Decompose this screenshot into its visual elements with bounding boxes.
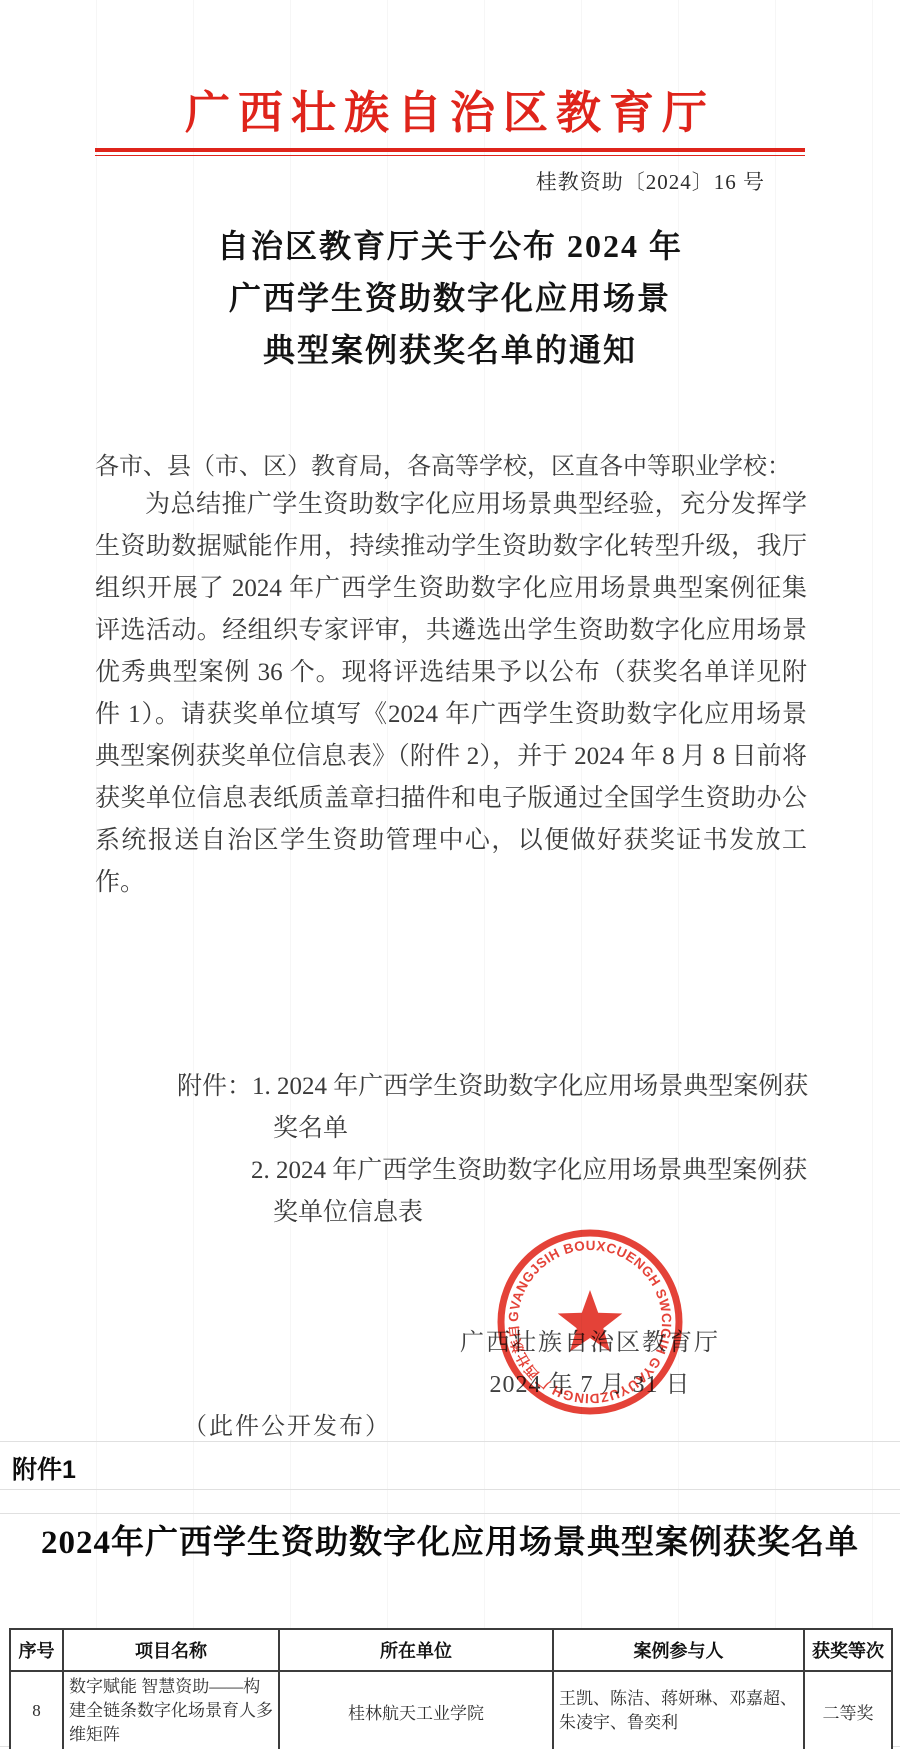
salutation: 各市、县（市、区）教育局，各高等学校，区直各中等职业学校：: [95, 446, 807, 481]
letterhead-rule-thin: [95, 155, 805, 156]
attachment-item-1: 1. 2024 年广西学生资助数字化应用场景典型案例获: [252, 1073, 808, 1100]
attachment-item-2: 2. 2024 年广西学生资助数字化应用场景典型案例获: [251, 1150, 797, 1192]
attachments-block: 附件：1. 2024 年广西学生资助数字化应用场景典型案例获 奖名单 2. 20…: [177, 1066, 797, 1234]
table-row: 8 数字赋能 智慧资助——构建全链条数字化场景育人多维矩阵 桂林航天工业学院 王…: [10, 1671, 892, 1749]
document-page: 广西壮族自治区教育厅 桂教资助〔2024〕16 号 自治区教育厅关于公布 202…: [0, 0, 900, 1749]
body-paragraph: 为总结推广学生资助数字化应用场景典型经验，充分发挥学生资助数据赋能作用，持续推动…: [95, 484, 807, 904]
letterhead-rule-thick: [95, 148, 805, 152]
gridline-horizontal: [0, 1513, 900, 1514]
awards-table: 序号 项目名称 所在单位 案例参与人 获奖等次 8 数字赋能 智慧资助——构建全…: [9, 1628, 893, 1749]
column-header-unit: 所在单位: [279, 1629, 553, 1671]
column-header-no: 序号: [10, 1629, 63, 1671]
cell-unit: 桂林航天工业学院: [279, 1671, 553, 1749]
public-release-note: （此件公开发布）: [183, 1406, 391, 1441]
column-header-project: 项目名称: [63, 1629, 279, 1671]
letterhead-org-title: 广西壮族自治区教育厅: [0, 76, 900, 141]
attachment-item-1-continued: 奖名单: [273, 1108, 797, 1150]
column-header-participants: 案例参与人: [553, 1629, 804, 1671]
official-stamp: GVANGJSIH BOUXCUENGH SWCIGIH GYAUYUZDING…: [492, 1224, 688, 1420]
notice-title-line-1: 自治区教育厅关于公布 2024 年: [0, 220, 900, 272]
notice-title: 自治区教育厅关于公布 2024 年 广西学生资助数字化应用场景 典型案例获奖名单…: [0, 220, 900, 376]
cell-project: 数字赋能 智慧资助——构建全链条数字化场景育人多维矩阵: [63, 1671, 279, 1749]
doc-number: 桂教资助〔2024〕16 号: [536, 166, 765, 196]
notice-title-line-2: 广西学生资助数字化应用场景: [0, 272, 900, 324]
cell-award: 二等奖: [804, 1671, 892, 1749]
column-header-award: 获奖等次: [804, 1629, 892, 1671]
appendix-label: 附件1: [12, 1450, 76, 1486]
cell-participants: 王凯、陈洁、蒋妍琳、邓嘉超、朱凌宇、鲁奕利: [553, 1671, 804, 1749]
gridline-horizontal: [0, 1441, 900, 1442]
table-header-row: 序号 项目名称 所在单位 案例参与人 获奖等次: [10, 1629, 892, 1671]
gridline-horizontal: [0, 1489, 900, 1490]
notice-title-line-3: 典型案例获奖名单的通知: [0, 324, 900, 376]
appendix-table-title: 2024年广西学生资助数字化应用场景典型案例获奖名单: [0, 1516, 900, 1563]
cell-no: 8: [10, 1671, 63, 1749]
attachments-label: 附件：: [177, 1073, 252, 1100]
stamp-star-icon: [558, 1290, 623, 1352]
